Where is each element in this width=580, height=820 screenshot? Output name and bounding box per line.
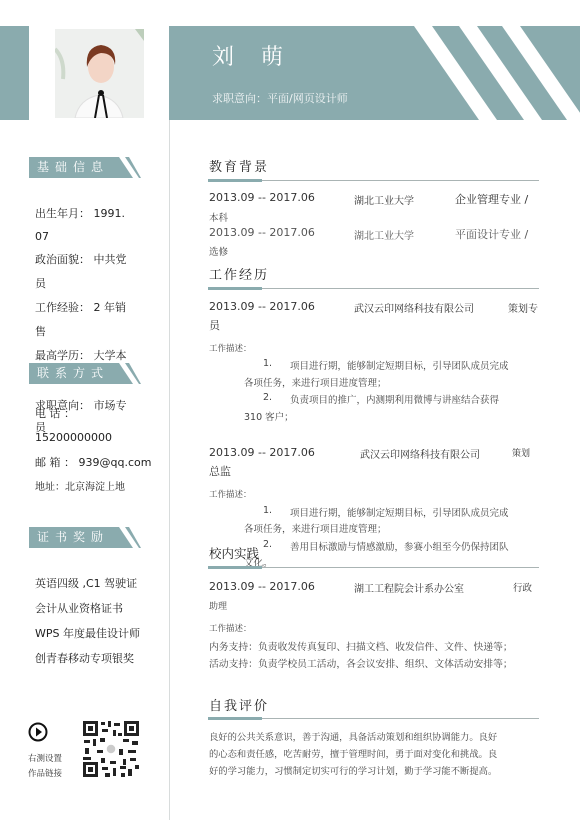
info-experience: 工作经验： 2 年销: [35, 300, 126, 316]
portrait-image: [55, 29, 144, 118]
work-desc-label: 工作描述：: [209, 488, 252, 500]
work-item-text: 各项任务，来进行项目进度管理；: [244, 375, 387, 389]
section-divider-accent: [208, 179, 262, 182]
work-company: 武汉云印网络科技有限公司: [360, 446, 480, 461]
section-divider-accent: [208, 717, 262, 720]
edu-period: 2013.09 -- 2017.06: [209, 226, 315, 239]
work-item-text: 项目进行期，能够制定短期目标，引导团队成员完成: [290, 505, 509, 519]
self-eval-line: 良好的公共关系意识，善于沟通，具备活动策划和组织协调能力。良好: [209, 729, 497, 743]
stripe-decoration-icon: [111, 157, 141, 178]
contact-address: 地址：北京海淀上地: [35, 480, 125, 496]
work-item-text: 善用目标激励与情感激励，参赛小组至今仍保持团队: [290, 539, 509, 553]
column-divider: [169, 120, 170, 820]
work-role-cont: 员: [209, 317, 220, 333]
section-title: 联系方式: [37, 366, 109, 380]
campus-desc-label: 工作描述：: [209, 622, 252, 634]
certificate-item: 创青春移动专项银奖: [35, 650, 134, 666]
section-title-work: 工作经历: [209, 264, 269, 283]
candidate-name: 刘 萌: [212, 40, 293, 71]
campus-role: 行政: [513, 580, 532, 594]
campus-desc-line: 活动支持：负责学校员工活动，各会议安排、组织、文体活动安排等；: [209, 656, 513, 670]
info-birth: 出生年月： 1991.: [35, 206, 125, 222]
edu-major: 企业管理专业 /: [455, 191, 528, 207]
work-period: 2013.09 -- 2017.06: [209, 300, 315, 313]
info-birth-cont: 07: [35, 229, 49, 245]
contact-phone[interactable]: 15200000000: [35, 430, 112, 446]
contact-email[interactable]: 邮 箱 ： 939@qq.com: [35, 455, 151, 471]
section-title-self-eval: 自我评价: [209, 695, 269, 714]
play-circle-icon[interactable]: [28, 722, 48, 742]
edu-degree: 选修: [209, 244, 228, 258]
work-item-text: 项目进行期，能够制定短期目标，引导团队成员完成: [290, 358, 509, 372]
campus-period: 2013.09 -- 2017.06: [209, 580, 315, 593]
info-experience-cont: 售: [35, 324, 46, 340]
section-header-basic-info: 基础信息: [29, 157, 141, 178]
info-education: 最高学历： 大学本: [35, 348, 127, 364]
info-politics-cont: 员: [35, 276, 46, 292]
section-title: 基础信息: [37, 160, 109, 174]
stripe-decoration-icon: [111, 527, 141, 548]
qr-code-icon[interactable]: [83, 721, 139, 777]
edu-period: 2013.09 -- 2017.06: [209, 191, 315, 204]
portfolio-label-1: 右测设置: [28, 752, 62, 764]
work-item-text: 310 客户；: [244, 409, 294, 423]
edu-degree: 本科: [209, 210, 228, 224]
section-title-campus: 校内实践: [209, 544, 259, 562]
work-role: 策划: [512, 446, 530, 459]
campus-org: 湖工工程院会计系办公室: [354, 580, 464, 595]
info-politics: 政治面貌： 中共党: [35, 252, 127, 268]
edu-major: 平面设计专业 /: [455, 226, 528, 242]
work-role-cont: 总监: [209, 463, 231, 479]
work-item-num: 2.: [263, 392, 272, 403]
section-divider-accent: [208, 566, 262, 569]
work-item-num: 2.: [263, 539, 272, 550]
edu-school: 湖北工业大学: [354, 227, 414, 242]
section-header-contact: 联系方式: [29, 363, 141, 384]
work-item-num: 1.: [263, 505, 272, 516]
edu-school: 湖北工业大学: [354, 192, 414, 207]
campus-desc-line: 内务支持：负责收发传真复印、扫描文档、收发信件、文件、快递等；: [209, 639, 513, 653]
work-item-num: 1.: [263, 358, 272, 369]
section-header-certificates: 证书奖励: [29, 527, 141, 548]
job-target: 求职意向：平面/网页设计师: [212, 90, 348, 106]
stripe-decoration-icon: [111, 363, 141, 384]
header-left-band: [0, 26, 29, 120]
work-item-text: 各项任务，来进行项目进度管理；: [244, 521, 387, 535]
portfolio-label-2: 作品链接: [28, 767, 62, 779]
certificate-item: 英语四级 ,C1 驾驶证: [35, 575, 137, 591]
profile-photo: [55, 29, 144, 118]
self-eval-line: 好的学习能力，习惯制定切实可行的学习计划，勤于学习能不断提高。: [209, 763, 497, 777]
work-desc-label: 工作描述：: [209, 342, 252, 354]
certificate-item: WPS 年度最佳设计师: [35, 625, 140, 641]
self-eval-line: 的心态和责任感，吃苦耐劳，擅于管理时间，勇于面对变化和挑战。良: [209, 746, 497, 760]
work-period: 2013.09 -- 2017.06: [209, 446, 315, 459]
work-item-text: 负责项目的推广，内测期利用微博与讲座结合获得: [290, 392, 499, 406]
section-title-education: 教育背景: [209, 156, 269, 175]
campus-role-cont: 助理: [209, 599, 227, 612]
section-divider-accent: [208, 287, 262, 290]
work-role: 策划专: [508, 300, 538, 315]
work-company: 武汉云印网络科技有限公司: [354, 300, 474, 315]
certificate-item: 会计从业资格证书: [35, 600, 123, 616]
section-title: 证书奖励: [37, 530, 109, 544]
